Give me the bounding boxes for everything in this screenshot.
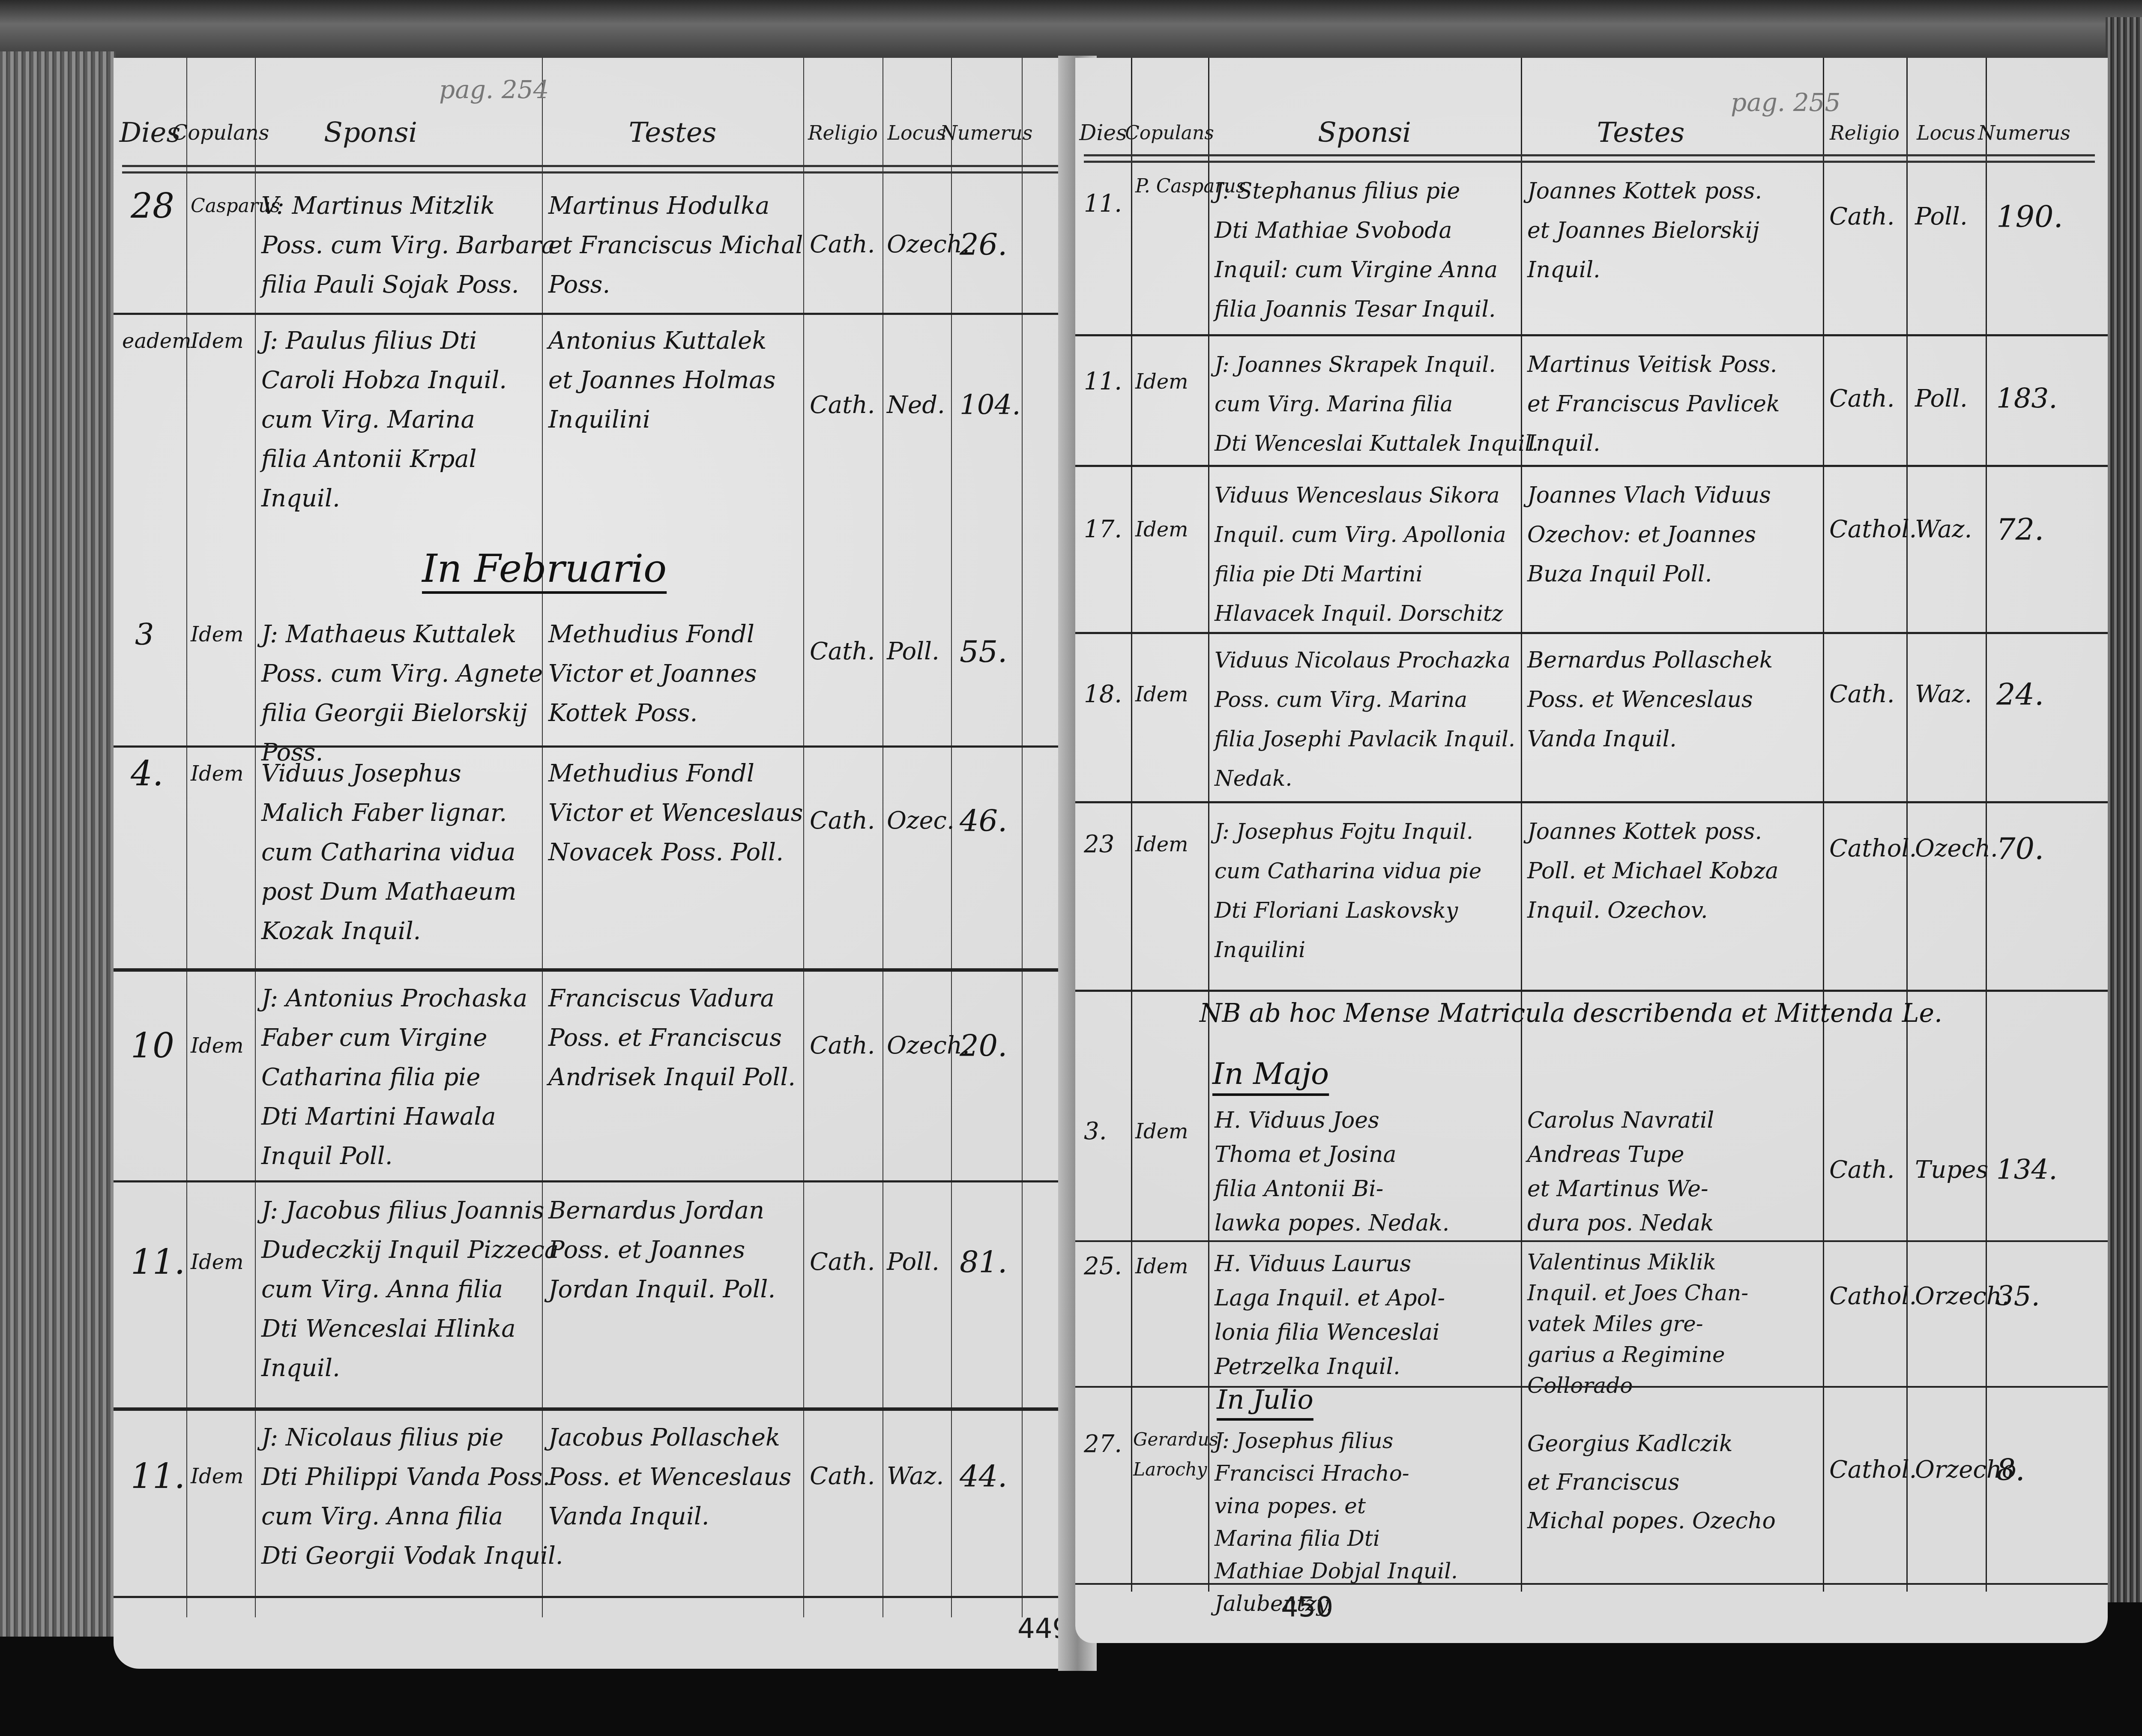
month-heading: In Februario [422, 546, 667, 591]
entry-spouses: J: Joannes Skrapek Inquil. cum Virg. Mar… [1215, 345, 1538, 463]
entry-day: 3 [135, 615, 154, 654]
book-cover-top [0, 0, 2142, 60]
entry-place: Poll. [1915, 379, 1968, 419]
entry-officiant: Idem [1135, 1112, 1188, 1151]
entry-religion: Cath. [810, 632, 875, 671]
column-rule [1208, 58, 1209, 1592]
entry-day: 4. [131, 754, 163, 793]
entry-day: 11. [131, 1242, 185, 1282]
entry-spouses: J: Jacobus filius Joannis Dudeczkij Inqu… [261, 1191, 559, 1388]
entry-religion: Cathol. [1829, 510, 1917, 549]
entry-house-number: 190. [1996, 197, 2063, 236]
entry-spouses: Viduus Nicolaus Prochazka Poss. cum Virg… [1215, 641, 1515, 798]
entry-spouses: J: Josephus Fojtu Inquil. cum Catharina … [1215, 812, 1481, 970]
entry-officiant: Idem [1135, 510, 1188, 549]
page-edges-right [2106, 17, 2142, 1602]
column-header-copulans: Copulans [1131, 84, 1208, 182]
entry-day: 11. [1084, 184, 1122, 224]
entry-religion: Cath. [810, 801, 875, 841]
entry-witnesses: Methudius Fondl Victor et Wenceslaus Nov… [548, 754, 803, 872]
entry-house-number: 72. [1996, 510, 2044, 549]
entry-house-number: 134. [1996, 1150, 2058, 1190]
entry-house-number: 183. [1996, 379, 2058, 419]
entry-place: Ozech. [1915, 829, 1998, 868]
column-rule [1906, 58, 1908, 1592]
entry-spouses: Viduus Wenceslaus Sikora Inquil. cum Vir… [1215, 476, 1506, 633]
entry-witnesses: Methudius Fondl Victor et Joannes Kottek… [548, 615, 757, 733]
entry-day: 11. [131, 1457, 185, 1496]
page-edges-left [0, 51, 116, 1637]
entry-religion: Cath. [810, 386, 875, 425]
entry-spouses: J: Paulus filius Dti Caroli Hobza Inquil… [261, 321, 507, 518]
entry-religion: Cath. [810, 225, 875, 264]
entry-religion: Cath. [1829, 1150, 1895, 1190]
entry-day: 27. [1084, 1425, 1122, 1464]
header-double-rule [1084, 154, 2095, 163]
entry-spouses: J: Mathaeus Kuttalek Poss. cum Virg. Agn… [261, 615, 543, 772]
entry-witnesses: Martinus Veitisk Poss. et Franciscus Pav… [1527, 345, 1780, 463]
entry-divider [114, 745, 1075, 748]
entry-place: Ned. [887, 386, 945, 425]
entry-day: 25. [1084, 1247, 1122, 1286]
entry-divider [114, 968, 1075, 972]
column-header-numerus: Numerus [1986, 84, 2063, 182]
entry-place: Poll. [1915, 197, 1968, 236]
entry-witnesses: Carolus Navratil Andreas Tupe et Martinu… [1527, 1103, 1714, 1240]
column-rule [1131, 58, 1132, 1592]
column-header-sponsi: Sponsi [1208, 84, 1521, 182]
entry-place: Waz. [1915, 675, 1972, 714]
entry-spouses: H. Viduus Laurus Laga Inquil. et Apol- l… [1215, 1247, 1445, 1384]
column-rule [883, 58, 883, 1617]
entry-officiant: Idem [191, 615, 244, 654]
entry-place: Ozech. [887, 225, 970, 264]
entry-witnesses: Franciscus Vadura Poss. et Franciscus An… [548, 979, 796, 1097]
entry-witnesses: Bernardus Pollaschek Poss. et Wenceslaus… [1527, 641, 1773, 759]
entry-witnesses: Joannes Kottek poss. et Joannes Bielorsk… [1527, 171, 1762, 290]
entry-religion: Cath. [1829, 197, 1895, 236]
entry-place: Poll. [887, 1242, 939, 1282]
entry-officiant: Gerardus Larochy [1133, 1425, 1218, 1485]
page-annotation: pag. 254 [439, 75, 549, 104]
entry-witnesses: Joannes Kottek poss. Poll. et Michael Ko… [1527, 812, 1779, 930]
entry-spouses: J: Stephanus filius pie Dti Mathiae Svob… [1215, 171, 1498, 329]
entry-house-number: 24. [1996, 675, 2044, 714]
column-rule [1986, 58, 1987, 1592]
column-rule [1022, 58, 1023, 1617]
entry-officiant: Idem [191, 754, 244, 793]
entry-religion: Cathol. [1829, 1450, 1917, 1490]
entry-witnesses: Jacobus Pollaschek Poss. et Wenceslaus V… [548, 1418, 791, 1536]
entry-divider [1075, 465, 2108, 467]
entry-house-number: 70. [1996, 829, 2044, 868]
entry-divider [1075, 632, 2108, 634]
entry-place: Poll. [887, 632, 939, 671]
entry-house-number: 46. [960, 801, 1007, 841]
entry-day: 10 [131, 1026, 174, 1066]
column-rule [1823, 58, 1824, 1592]
entry-officiant: Idem [191, 1026, 244, 1066]
entry-officiant: Idem [191, 321, 244, 361]
entry-religion: Cath. [810, 1457, 875, 1496]
entry-house-number: 20. [960, 1026, 1007, 1066]
entry-officiant: Idem [1135, 825, 1188, 864]
folio-number: 450 [1281, 1592, 1333, 1623]
column-header-locus: Locus [1906, 84, 1986, 182]
month-heading: In Majo [1212, 1056, 1329, 1091]
entry-place: Orzech. [1915, 1277, 2010, 1316]
column-rule [255, 58, 256, 1617]
month-heading: In Julio [1217, 1384, 1313, 1415]
entry-witnesses: Georgius Kadlczik et Franciscus Michal p… [1527, 1425, 1776, 1540]
entry-spouses: H. Viduus Joes Thoma et Josina filia Ant… [1215, 1103, 1449, 1240]
entry-spouses: J: Josephus filius Francisci Hracho- vin… [1215, 1425, 1458, 1620]
entry-house-number: 8. [1996, 1450, 2025, 1490]
entry-officiant: Idem [1135, 675, 1188, 714]
entry-officiant: Idem [191, 1242, 244, 1282]
entry-divider [114, 1180, 1075, 1182]
column-header-testes: Testes [1521, 84, 1761, 182]
left-page: Dies Copulans Sponsi pag. 254 Testes Rel… [114, 58, 1075, 1669]
entry-place: Ozech. [887, 1026, 970, 1066]
entry-religion: Cath. [1829, 379, 1895, 419]
entry-house-number: 104. [960, 386, 1021, 425]
entry-officiant: Idem [191, 1457, 244, 1496]
entry-religion: Cath. [810, 1026, 875, 1066]
entry-spouses: Viduus Josephus Malich Faber lignar. cum… [261, 754, 516, 951]
entry-day: 28 [131, 186, 174, 226]
entry-day: 11. [1084, 362, 1122, 401]
entry-divider [114, 1407, 1075, 1411]
entry-spouses: V: Martinus Mitzlik Poss. cum Virg. Barb… [261, 186, 556, 305]
entry-divider [1075, 334, 2108, 336]
entry-day: 23 [1084, 825, 1114, 864]
entry-witnesses: Martinus Hodulka et Franciscus Michal Po… [548, 186, 803, 305]
entry-religion: Cathol. [1829, 829, 1917, 868]
entry-place: Waz. [887, 1457, 944, 1496]
entry-spouses: J: Nicolaus filius pie Dti Philippi Vand… [261, 1418, 563, 1576]
entry-divider [114, 1596, 1075, 1598]
entry-divider [1075, 1240, 2108, 1242]
header-double-rule [122, 165, 1062, 174]
entry-religion: Cathol. [1829, 1277, 1917, 1316]
entry-religion: Cath. [1829, 675, 1895, 714]
entry-house-number: 81. [960, 1242, 1007, 1282]
entry-witnesses: Bernardus Jordan Poss. et Joannes Jordan… [548, 1191, 775, 1309]
register-note: NB ab hoc Mense Matricula describenda et… [1200, 998, 1942, 1028]
entry-officiant: Idem [1135, 1247, 1188, 1286]
entry-witnesses: Joannes Vlach Viduus Ozechov: et Joannes… [1527, 476, 1771, 594]
entry-place: Ozec. [887, 801, 954, 841]
entry-house-number: 35. [1996, 1277, 2040, 1316]
entry-place: Tupes [1915, 1150, 1988, 1190]
entry-religion: Cath. [810, 1242, 875, 1282]
entry-divider [114, 313, 1075, 315]
entry-house-number: 55. [960, 632, 1007, 671]
entry-day: 18. [1084, 675, 1122, 714]
entry-witnesses: Antonius Kuttalek et Joannes Holmas Inqu… [548, 321, 776, 440]
entry-divider [1075, 1583, 2108, 1585]
entry-officiant: Idem [1135, 362, 1188, 401]
entry-house-number: 26. [960, 225, 1007, 264]
column-rule [1521, 58, 1522, 1592]
entry-witnesses: Valentinus Miklik Inquil. et Joes Chan- … [1527, 1247, 1748, 1401]
column-header-religio: Religio [1823, 84, 1906, 182]
entry-divider [1075, 801, 2108, 803]
entry-day: 17. [1084, 510, 1122, 549]
entry-place: Waz. [1915, 510, 1972, 549]
column-rule [803, 58, 804, 1617]
entry-divider [1075, 990, 2108, 992]
column-rule [186, 58, 187, 1617]
entry-day: eadem [122, 321, 191, 361]
entry-spouses: J: Antonius Prochaska Faber cum Virgine … [261, 979, 527, 1176]
entry-day: 3. [1084, 1112, 1107, 1151]
right-page: Dies Copulans Sponsi Testes pag. 255 Rel… [1075, 58, 2108, 1643]
column-header-dies: Dies [1075, 84, 1131, 182]
entry-house-number: 44. [960, 1457, 1007, 1496]
